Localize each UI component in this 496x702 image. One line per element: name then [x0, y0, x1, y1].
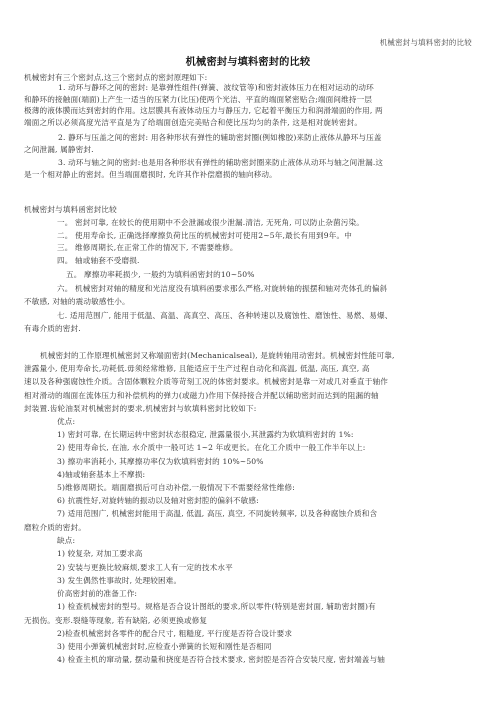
text-line: 4) 检查主机的窜动量, 摆动量和挠度是否符合技术要求, 密封腔是否符合安装尺度… [57, 655, 385, 665]
text-line: 7) 适用范围广, 机械密封能用于高温, 低温, 高压, 真空, 不同旋转频率,… [57, 509, 377, 519]
document-page: 机械密封与填料密封的比较 机械密封与填料密封的比较 机械密封有三个密封点,这三个… [0, 0, 496, 702]
running-header: 机械密封与填料密封的比较 [380, 37, 472, 48]
text-line: 速以及各种强腐蚀性介质。含固体颗粒介质等苛刻工况的体密封要求。机械密封是靠一对或… [24, 377, 388, 387]
text-line: 2) 使用寿命长, 在油, 水介质中一般可达 1~2 年或更长。在化工介质中一般… [57, 443, 366, 453]
text-line: 四。 轴或轴套不受磨损. [57, 256, 140, 266]
text-line: 七. 适用范围广, 能用于低温、高温、高真空、高压、各种转速以及腐蚀性、磨蚀性、… [57, 311, 393, 321]
text-line: 机械密封的工作原理机械密封又称端面密封(Mechanicalseal), 是旋转… [40, 351, 395, 361]
text-line: 是一个相对静止的密封。但当端面磨损时, 允许其作补偿磨损的轴向移动。 [24, 170, 277, 180]
text-line: 机械密封与填料函密封比较 [24, 205, 117, 215]
text-line: 和静环的接触面(端面)上产生一适当的压紧力(比压)使两个光洁、平直的端面紧密贴合… [24, 95, 372, 105]
text-line: 机械密封有三个密封点,这三个密封点的密封原理如下: [24, 73, 207, 83]
text-line: 磨粒介质的密封。 [24, 523, 86, 533]
text-line: 六。 机械密封对轴的精度和光洁度没有填料函要求那么严格,对旋转轴的振摆和轴对壳体… [57, 284, 387, 294]
text-line: 3) 使用小弹簧机械密封时,应检查小弹簧的长短和刚性是否相同 [57, 642, 272, 652]
text-line: 一。 密封可靠, 在较长的使用期中不会泄漏或很少泄漏.清洁, 无死角, 可以防止… [57, 218, 364, 228]
text-line: 相对滑动的端面在流体压力和补偿机构的弹力(或磁力)作用下保持接合并配以辅助密封而… [24, 391, 379, 401]
text-line: 价高密封前的准备工作: [57, 589, 137, 599]
text-line: 泄露量小, 使用寿命长,功耗低.毋须经常维修, 且能适应于生产过程自动化和高温,… [24, 364, 370, 374]
text-line: 3. 动环与轴之间的密封:也是用各种形状有弹性的辅助密封圈来防止液体从动环与轴之… [58, 158, 383, 168]
text-line: 6) 抗震性好,对旋转轴的振动以及轴对密封腔的偏斜不敏感: [57, 496, 259, 506]
text-line: 2. 静环与压盖之间的密封: 用各种形状有弹性的辅助密封圈(例如橡胶)来防止液体… [58, 133, 382, 143]
text-line: 二。 使用寿命长, 正确选择摩擦负荷比压的机械密封可使用2~5年,最长有用到9年… [57, 231, 352, 241]
text-line: 之间泄漏, 属静密封. [24, 145, 94, 155]
text-line: 1) 检查机械密封的型号。规格是否合设计图纸的要求,所以零件(特别是密封面, 辅… [57, 602, 376, 612]
text-line: 1. 动环与静环之间的密封: 是靠弹性组件(弹簧、波纹管等)和密封液体压力在相对… [58, 83, 374, 93]
text-line: 五。 摩擦功率耗损少, 一般约为填料函密封的10~50% [66, 270, 255, 280]
text-line: 端面之所以必须高度光洁平直是为了给端面创造完美贴合和使比压均匀的条件, 这是相对… [24, 118, 362, 128]
text-line: 1) 密封可靠, 在长期运转中密封状态很稳定, 泄露量很小,其泄露约为软填料密封… [57, 430, 354, 440]
text-line: 有毒介质的密封. [24, 324, 81, 334]
text-line: 三。 维修周期长,在正常工作的情况下, 不需要维修。 [57, 243, 238, 253]
text-line: 5)维修周期长。端面磨损后可自动补偿,一般情况下不需要经常性维修: [57, 483, 295, 493]
text-line: 1) 较复杂, 对加工要求高 [57, 549, 142, 559]
text-line: 缺点: [57, 536, 75, 546]
text-line: 不敏感, 对轴的震动敏感性小。 [24, 297, 130, 307]
text-line: 优点: [57, 417, 75, 427]
text-line: 2)检查机械密封各零件的配合尺寸, 粗糙度, 平行度是否符合设计要求 [57, 629, 292, 639]
document-title: 机械密封与填料密封的比较 [0, 53, 496, 68]
text-line: 2) 安装与更换比较麻烦,要求工人有一定的技术水平 [57, 563, 233, 573]
text-line: 3) 擦功率消耗小, 其摩擦功率仅为软填料密封的 10%~50% [57, 457, 264, 467]
text-line: 极薄的液体膜而达到密封的作用。这层膜具有液体动压力与静压力, 它起着平衡压力和润… [24, 106, 383, 116]
text-line: 无损伤。变形.裂缝等现象, 若有缺陷, 必须更换或修复 [24, 616, 207, 626]
text-line: 3) 发生偶然性事故时, 处理较困难。 [57, 576, 181, 586]
text-line: 封装置.齿轮油泵对机械密封的要求,机械密封与软填料密封比较如下: [24, 404, 256, 414]
text-line: 4)轴或轴套基本上不摩损: [57, 470, 145, 480]
